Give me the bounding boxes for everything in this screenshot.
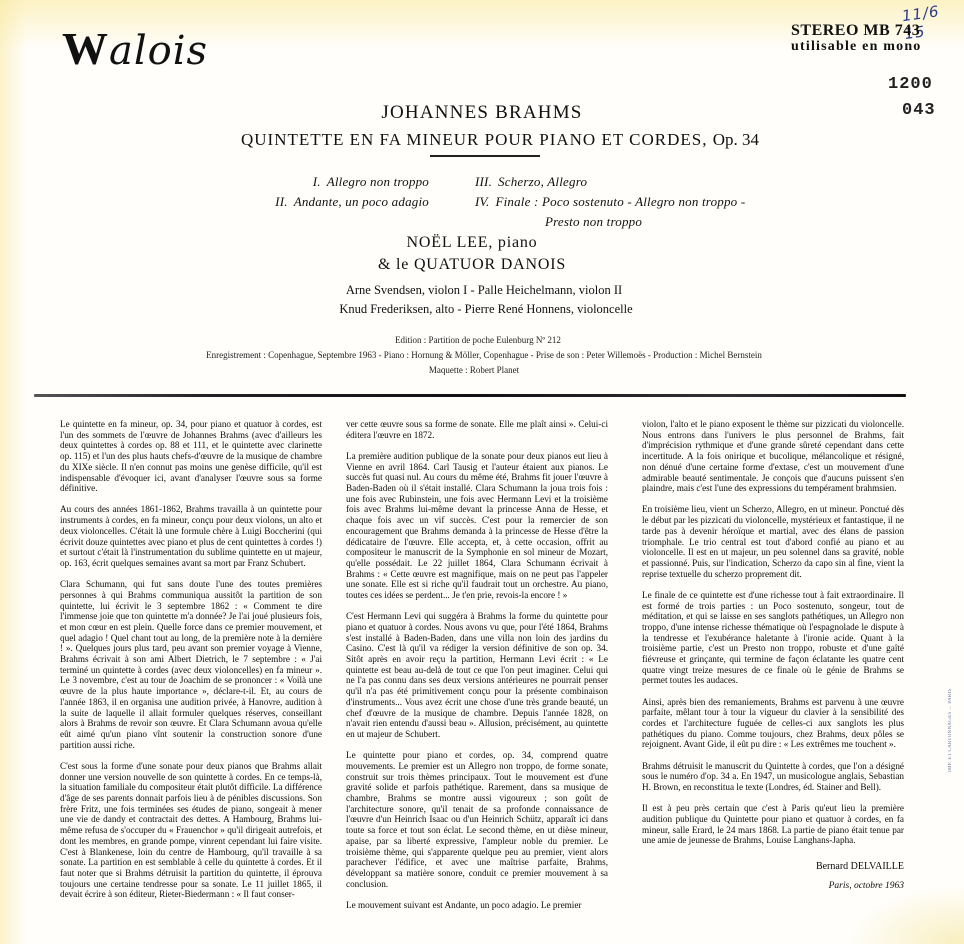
movement-number: I.: [313, 174, 321, 189]
recording-credit: Enregistrement : Copenhague, Septembre 1…: [2, 350, 964, 360]
edition-credit: Edition : Partition de poche Eulenburg N…: [0, 335, 960, 345]
movement-list-left: I.Allegro non troppo II.Andante, un poco…: [269, 172, 429, 212]
work-title-text: QUINTETTE EN FA MINEUR POUR PIANO ET COR…: [241, 130, 708, 149]
movement-item-continued: Presto non troppo: [475, 212, 745, 232]
paragraph: La première audition publique de la sona…: [346, 451, 608, 601]
paper-aging-tint: [844, 884, 964, 944]
paragraph: ver cette œuvre sous sa forme de sonate.…: [346, 419, 608, 440]
movement-number: IV.: [475, 194, 489, 209]
movement-number: III.: [475, 174, 492, 189]
paragraph: Au cours des années 1861-1862, Brahms tr…: [60, 504, 322, 568]
paragraph: C'est Hermann Levi qui suggéra à Brahms …: [346, 611, 608, 739]
author-signature: Bernard DELVAILLE: [642, 862, 904, 873]
paragraph: Le mouvement suivant est Andante, un poc…: [346, 900, 608, 911]
movement-title: Scherzo, Allegro: [498, 174, 587, 189]
ensemble-members: Arne Svendsen, violon I - Palle Heichelm…: [2, 283, 964, 298]
composer-name: JOHANNES BRAHMS: [0, 102, 964, 124]
soloist: NOËL LEE, piano: [0, 234, 954, 252]
paragraph: Il est à peu près certain que c'est à Pa…: [642, 803, 904, 846]
opus-number: Op. 34: [713, 130, 759, 149]
liner-notes-column-2: ver cette œuvre sous sa forme de sonate.…: [346, 419, 608, 921]
movement-title: Finale : Poco sostenuto - Allegro non tr…: [495, 194, 745, 209]
liner-notes-column-3: violon, l'alto et le piano exposent le t…: [642, 419, 904, 892]
mono-compatibility-note: utilisable en mono: [791, 39, 922, 55]
paragraph: Le finale de ce quintette est d'une rich…: [642, 590, 904, 686]
movement-title: Allegro non troppo: [327, 174, 429, 189]
liner-notes-column-1: Le quintette en fa mineur, op. 34, pour …: [60, 419, 322, 911]
stamp-number: 1200: [888, 75, 933, 94]
movement-number: II.: [275, 194, 288, 209]
movement-item: II.Andante, un poco adagio: [269, 192, 429, 212]
paragraph: C'est sous la forme d'une sonate pour de…: [60, 761, 322, 900]
label-logo: Walois: [62, 22, 208, 75]
logo-initial: W: [62, 23, 109, 74]
paragraph: Clara Schumann, qui fut sans doute l'une…: [60, 579, 322, 750]
section-divider: [34, 394, 906, 397]
movement-title: Presto non troppo: [545, 214, 642, 229]
title-divider: [430, 155, 540, 157]
paragraph: Brahms détruisit le manuscrit du Quintet…: [642, 761, 904, 793]
paragraph: En troisième lieu, vient un Scherzo, All…: [642, 504, 904, 579]
catalog-block: STEREO MB 743 utilisable en mono: [791, 22, 922, 55]
ensemble-members: Knud Frederiksen, alto - Pierre René Hon…: [4, 302, 964, 317]
paragraph: Ainsi, après bien des remaniements, Brah…: [642, 697, 904, 751]
design-credit: Maquette : Robert Planet: [0, 365, 956, 375]
movement-item: I.Allegro non troppo: [269, 172, 429, 192]
work-title: QUINTETTE EN FA MINEUR POUR PIANO ET COR…: [0, 130, 964, 150]
album-back-cover: Walois 11/6 15 STEREO MB 743 utilisable …: [0, 0, 964, 944]
catalog-number: STEREO MB 743: [791, 22, 922, 40]
movement-item: IV.Finale : Poco sostenuto - Allegro non…: [475, 192, 745, 212]
paragraph: Le quintette pour piano et cordes, op. 3…: [346, 750, 608, 889]
movement-list-right: III.Scherzo, Allegro IV.Finale : Poco so…: [475, 172, 745, 232]
ensemble: & le QUATUOR DANOIS: [0, 256, 954, 274]
paragraph: Le quintette en fa mineur, op. 34, pour …: [60, 419, 322, 494]
printer-mark: IMP. ET CARTONNAGES ... PARIS: [948, 622, 956, 772]
paragraph: violon, l'alto et le piano exposent le t…: [642, 419, 904, 494]
logo-text: alois: [109, 28, 208, 74]
movement-title: Andante, un poco adagio: [294, 194, 429, 209]
place-date: Paris, octobre 1963: [642, 881, 904, 892]
movement-item: III.Scherzo, Allegro: [475, 172, 745, 192]
